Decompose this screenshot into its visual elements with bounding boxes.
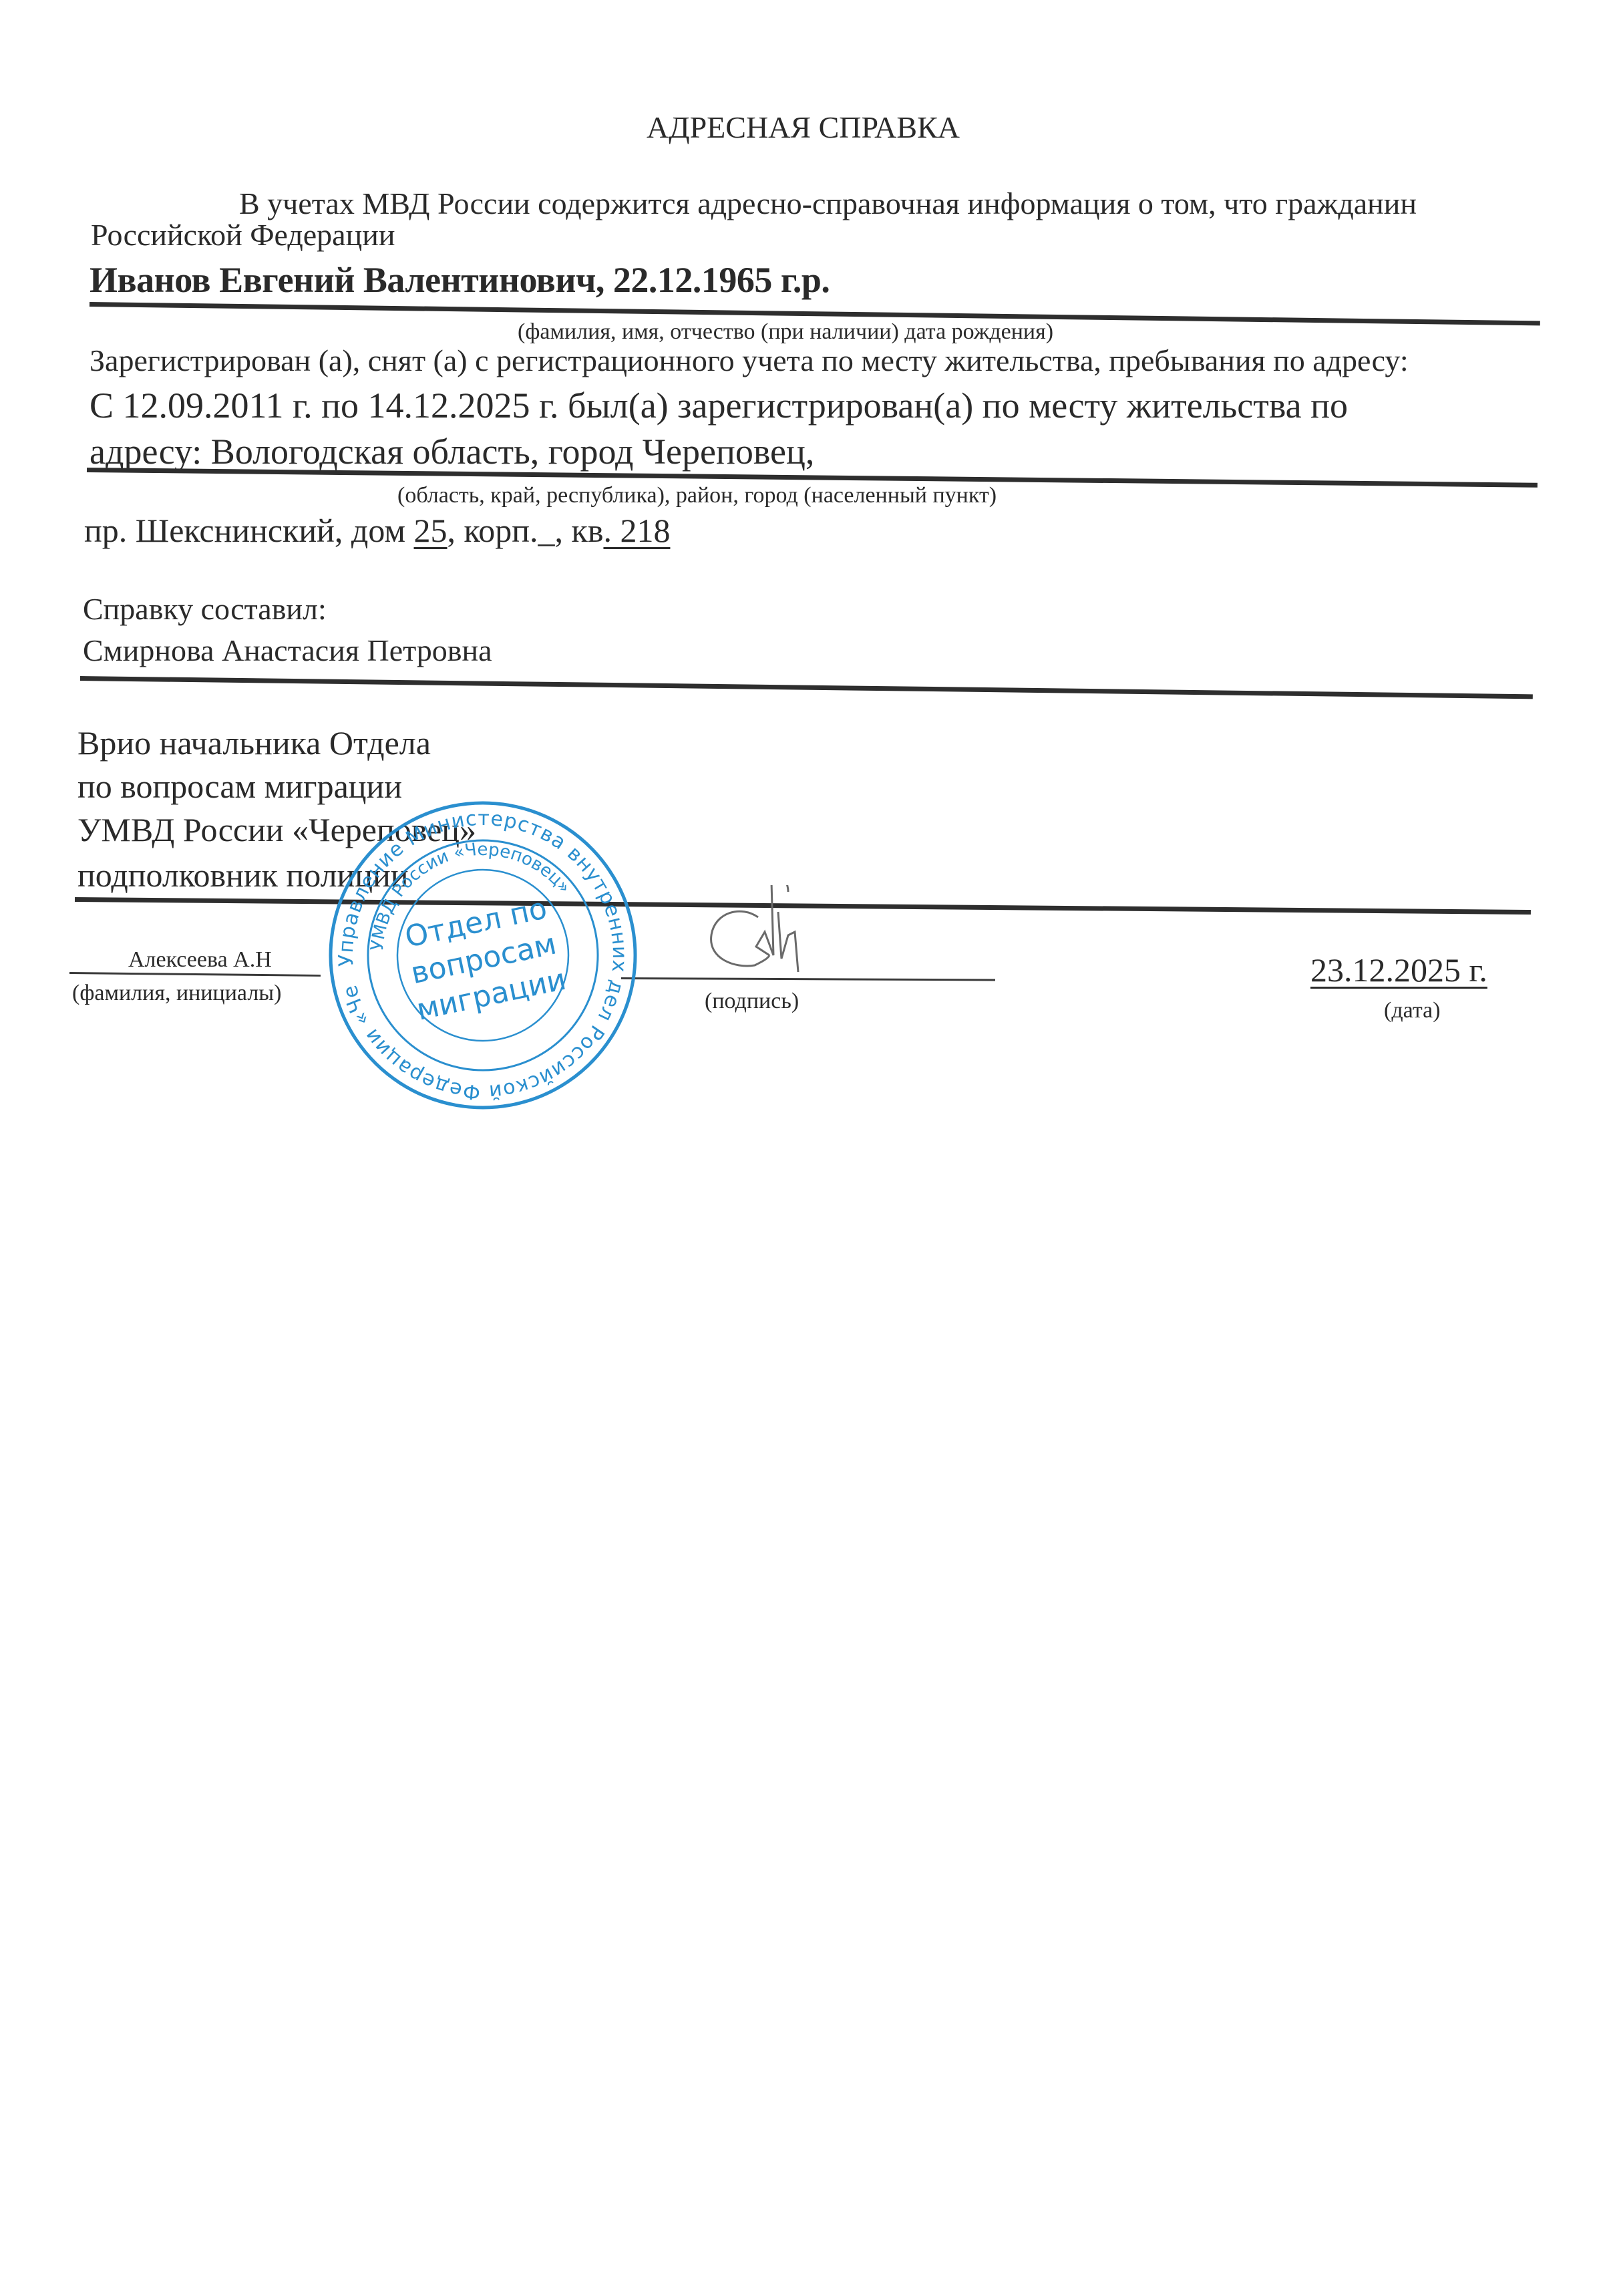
apartment-number: . 218 bbox=[603, 512, 670, 549]
official-stamp-icon: Управление Министерства внутренних дел Р… bbox=[326, 798, 640, 1112]
document-title: АДРЕСНАЯ СПРАВКА bbox=[647, 110, 960, 145]
signer-name-caption: (фамилия, инициалы) bbox=[72, 981, 281, 1006]
registration-line-2: адресу: Вологодская область, город Череп… bbox=[90, 431, 814, 472]
signatory-line-1: Врио начальника Отдела bbox=[77, 723, 431, 762]
compiled-by-underline bbox=[80, 676, 1533, 699]
intro-line-1: В учетах МВД России содержится адресно-с… bbox=[239, 186, 1417, 221]
compiled-by-name: Смирнова Анастасия Петровна bbox=[83, 633, 492, 668]
signer-name: Алексеева А.Н bbox=[128, 947, 272, 973]
date-caption: (дата) bbox=[1384, 998, 1441, 1023]
registration-caption: (область, край, республика), район, горо… bbox=[397, 483, 997, 508]
handwritten-signature bbox=[695, 885, 848, 985]
building-text: , корп._, кв bbox=[448, 512, 604, 549]
registration-heading: Зарегистрирован (а), снят (а) с регистра… bbox=[90, 343, 1409, 378]
person-caption: (фамилия, имя, отчество (при наличии) да… bbox=[518, 319, 1053, 345]
intro-line-2: Российской Федерации bbox=[91, 217, 395, 253]
signature-caption: (подпись) bbox=[705, 989, 799, 1014]
signer-name-underline bbox=[69, 972, 321, 977]
compiled-by-label: Справку составил: bbox=[83, 591, 327, 627]
street-text: пр. Шекснинский, дом bbox=[84, 512, 414, 549]
registration-line-1: С 12.09.2011 г. по 14.12.2025 г. был(а) … bbox=[90, 385, 1348, 426]
address-line: пр. Шекснинский, дом 25, корп._, кв. 218 bbox=[84, 511, 670, 550]
document-date: 23.12.2025 г. bbox=[1310, 951, 1487, 989]
person-name-dob: Иванов Евгений Валентинович, 22.12.1965 … bbox=[90, 259, 830, 301]
house-number: 25 bbox=[414, 512, 448, 549]
